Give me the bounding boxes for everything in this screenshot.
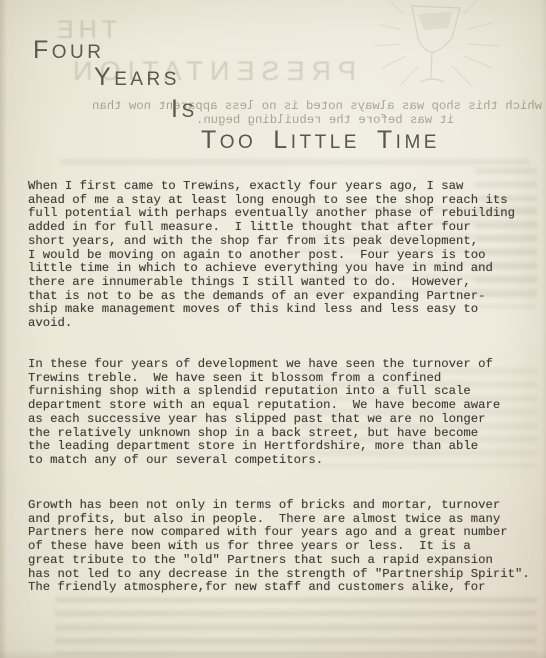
text-line: furnishing shop with a splendid reputati…: [28, 385, 544, 399]
bleedthrough-text-line: which this shop was always noted is no l…: [92, 100, 542, 114]
paragraph-2: In these four years of development we ha…: [28, 358, 544, 468]
title-line: FOUR: [33, 36, 105, 65]
text-line: Growth has been not only in terms of bri…: [28, 499, 544, 513]
text-line: as each successive year has slipped past…: [28, 413, 544, 427]
text-line: added in for full measure. I little thou…: [28, 221, 544, 235]
text-line: there are innumerable things I still wan…: [28, 276, 544, 290]
goblet-sketch-icon: [360, 0, 520, 94]
document-page: THE PRESENTATION which this shop was alw…: [0, 0, 546, 658]
text-line: When I first came to Trewins, exactly fo…: [28, 180, 544, 194]
text-line: has not led to any decrease in the stren…: [28, 568, 544, 582]
paragraph-3: Growth has been not only in terms of bri…: [28, 499, 544, 595]
text-line: department store with an equal reputatio…: [28, 399, 544, 413]
title-line: IS: [171, 95, 198, 124]
text-line: and profits, but also in people. There a…: [28, 513, 544, 527]
text-line: of these have been with us for three yea…: [28, 540, 544, 554]
text-line: Trewins treble. We have seen it blossom …: [28, 372, 544, 386]
bleedthrough-smudge: [60, 159, 530, 171]
text-line: full potential with perhaps eventually a…: [28, 207, 544, 221]
title-line: YEARS: [94, 63, 180, 92]
text-line: the leading department store in Hertford…: [28, 440, 544, 454]
text-line: I would be moving on again to another po…: [28, 249, 544, 263]
text-line: little time in which to achieve everythi…: [28, 262, 544, 276]
text-line: avoid.: [28, 317, 544, 331]
text-line: ahead of me a stay at least long enough …: [28, 194, 544, 208]
text-line: short years, and with the shop far from …: [28, 235, 544, 249]
text-line: to match any of our several competitors.: [28, 454, 544, 468]
text-line: The friendly atmosphere,for new staff an…: [28, 581, 544, 595]
text-line: that is not to be as the demands of an e…: [28, 290, 544, 304]
text-line: great tribute to the "old" Partners that…: [28, 554, 544, 568]
bleedthrough-smudge: [55, 597, 537, 655]
paragraph-1: When I first came to Trewins, exactly fo…: [28, 180, 544, 331]
text-line: ship make management moves of this kind …: [28, 303, 544, 317]
text-line: the relatively unknown shop in a back st…: [28, 427, 544, 441]
text-line: In these four years of development we ha…: [28, 358, 544, 372]
title-line: TOO LITTLE TIME: [201, 126, 440, 155]
text-line: Partners here now compared with four yea…: [28, 526, 544, 540]
